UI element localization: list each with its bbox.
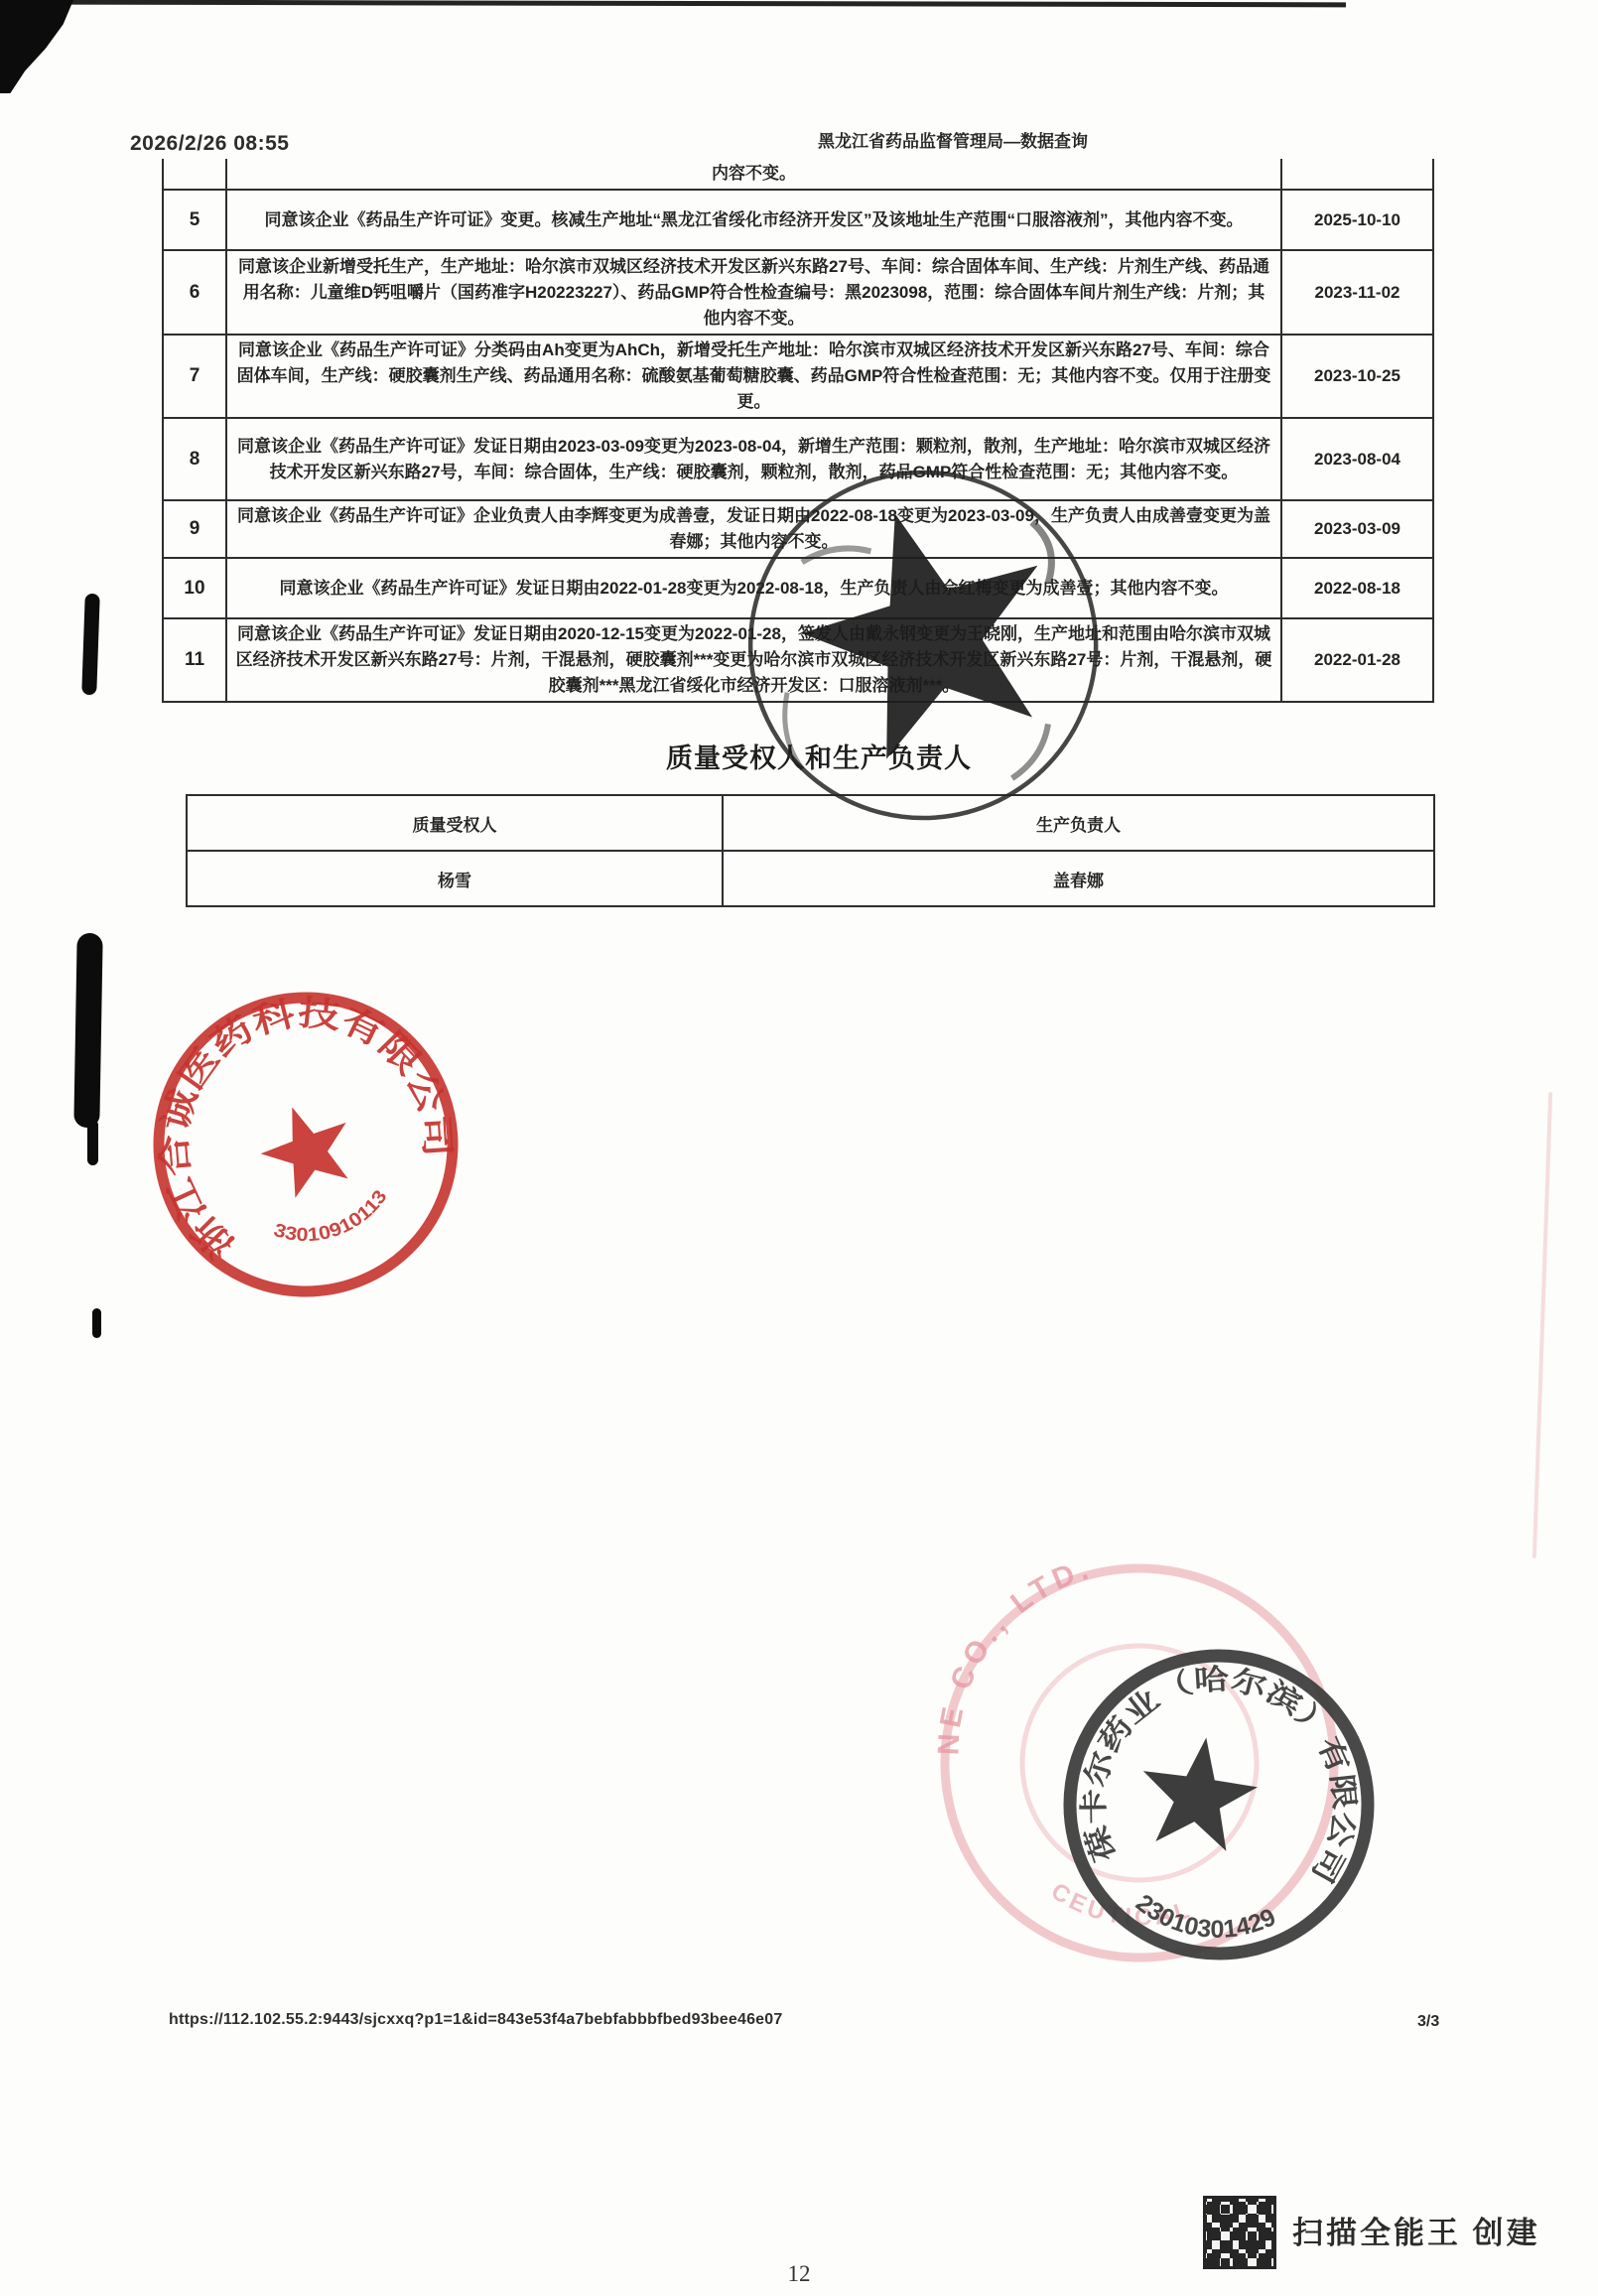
scanner-note: 扫描全能王 创建 xyxy=(1292,2208,1540,2252)
row-description: 同意该企业《药品生产许可证》分类码由Ah变更为AhCh，新增受托生产地址：哈尔滨… xyxy=(227,336,1280,417)
row-index-cell: 10 xyxy=(164,559,227,617)
row-date: 2023-08-04 xyxy=(1280,419,1432,499)
table-row: 5 同意该企业《药品生产许可证》变更。核减生产地址“黑龙江省绥化市经济开发区”及… xyxy=(164,189,1432,249)
page-indicator: 3/3 xyxy=(1417,2013,1439,2031)
row-index-cell: 6 xyxy=(164,251,227,334)
row-description: 内容不变。 xyxy=(227,159,1280,189)
red-company-seal: 浙江合诚医药科技有限公司 33010910113790 xyxy=(89,928,522,1361)
row-date xyxy=(1280,159,1432,189)
row-index-cell xyxy=(164,159,227,189)
scan-artifact-left-2 xyxy=(73,933,102,1128)
quality-person-header: 质量受权人 xyxy=(188,796,724,850)
row-date: 2023-10-25 xyxy=(1280,336,1432,417)
table-row: 7 同意该企业《药品生产许可证》分类码由Ah变更为AhCh，新增受托生产地址：哈… xyxy=(164,334,1432,417)
dark-company-seal: 葆卡尔药业（哈尔滨）有限公司 2301030142983 xyxy=(1017,1603,1421,2007)
row-index-cell: 8 xyxy=(164,419,227,499)
row-date: 2022-01-28 xyxy=(1280,619,1432,701)
star-icon xyxy=(1133,1729,1264,1854)
scan-artifact-topline xyxy=(58,0,1346,7)
row-index-cell: 5 xyxy=(164,191,227,249)
table-row: 6 同意该企业新增受托生产，生产地址：哈尔滨市双城区经济技术开发区新兴东路27号… xyxy=(164,249,1432,334)
scan-artifact-left-4 xyxy=(92,1308,101,1338)
row-date: 2023-11-02 xyxy=(1280,251,1432,334)
page-title: 黑龙江省药品监督管理局—数据查询 xyxy=(605,127,1300,152)
row-description: 同意该企业《药品生产许可证》变更。核减生产地址“黑龙江省绥化市经济开发区”及该地… xyxy=(227,205,1280,235)
qr-code-icon xyxy=(1203,2196,1276,2269)
row-index-cell: 11 xyxy=(164,619,227,701)
row-index-cell: 7 xyxy=(164,336,227,417)
black-star-seal-overprint xyxy=(699,421,1147,867)
scan-artifact-pink-edge xyxy=(1532,1092,1552,1558)
page-number: 12 xyxy=(0,2261,1598,2287)
row-date: 2023-03-09 xyxy=(1280,501,1432,557)
scan-artifact-corner xyxy=(0,0,73,93)
quality-person-value: 杨雪 xyxy=(188,852,724,905)
row-description: 同意该企业新增受托生产，生产地址：哈尔滨市双城区经济技术开发区新兴东路27号、车… xyxy=(227,252,1280,334)
footer-url: https://112.102.55.2:9443/sjcxxq?p1=1&id… xyxy=(169,2011,782,2029)
production-person-value: 盖春娜 xyxy=(724,852,1433,905)
header-datetime: 2026/2/26 08:55 xyxy=(130,132,289,156)
table-row-carryover: 内容不变。 xyxy=(164,159,1432,189)
scan-artifact-left-3 xyxy=(87,1120,98,1165)
star-icon xyxy=(249,1092,364,1204)
scan-artifact-left-1 xyxy=(81,594,100,695)
row-index-cell: 9 xyxy=(164,501,227,557)
row-date: 2022-08-18 xyxy=(1280,559,1432,617)
scanned-document-page: 2026/2/26 08:55 黑龙江省药品监督管理局—数据查询 内容不变。 5… xyxy=(0,0,1598,2296)
dark-seal-company-text: 葆卡尔药业（哈尔滨）有限公司 xyxy=(1066,1643,1378,1903)
row-date: 2025-10-10 xyxy=(1280,191,1432,249)
svg-text:葆卡尔药业（哈尔滨）有限公司: 葆卡尔药业（哈尔滨）有限公司 xyxy=(1066,1643,1378,1903)
